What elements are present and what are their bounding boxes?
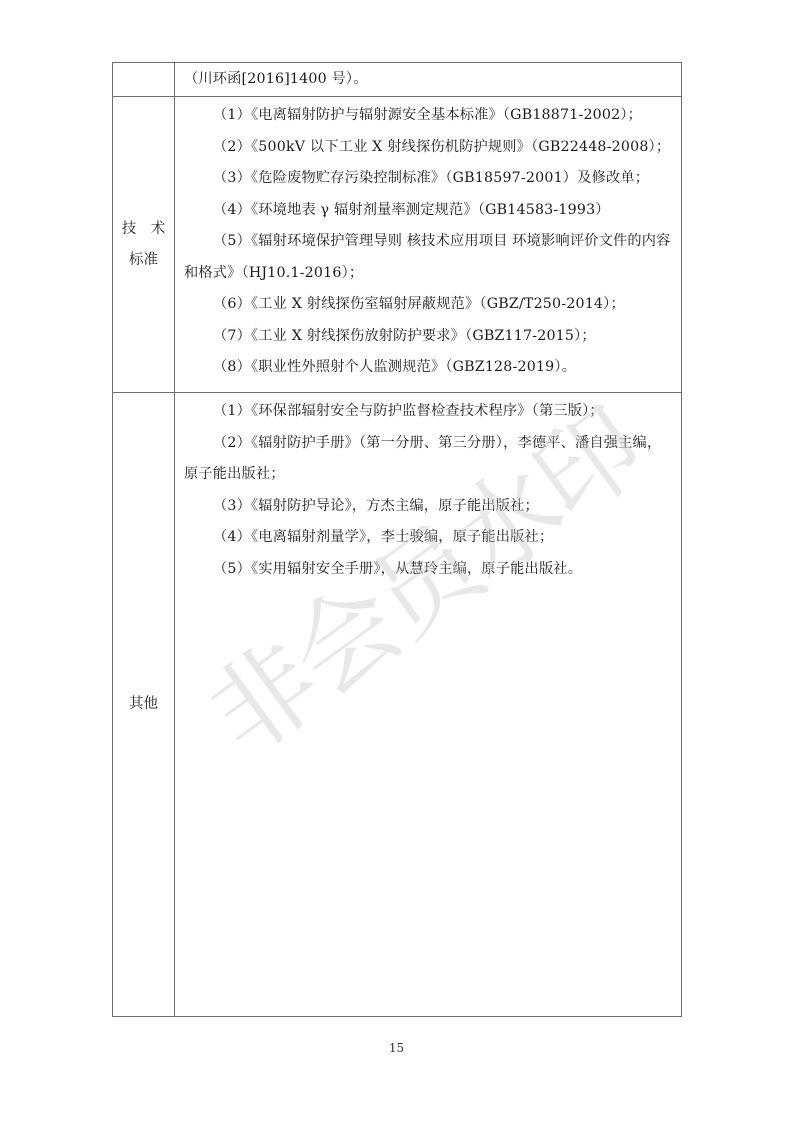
standard-item-1: （1）《电离辐射防护与辐射源安全基本标准》（GB18871-2002）； — [184, 100, 675, 132]
row-content: （1）《电离辐射防护与辐射源安全基本标准》（GB18871-2002）； （2）… — [175, 97, 682, 393]
reference-item-2: （2）《辐射防护手册》（第一分册、第三分册），李德平、潘自强主编，原子能出版社； — [184, 428, 675, 491]
reference-item-4: （4）《电离辐射剂量学》，李士骏编，原子能出版社； — [184, 522, 675, 554]
standard-item-8: （8）《职业性外照射个人监测规范》（GBZ128-2019）。 — [184, 352, 675, 384]
reference-item-5: （5）《实用辐射安全手册》，从慧玲主编，原子能出版社。 — [184, 554, 675, 586]
standard-item-4: （4）《环境地表 γ 辐射剂量率测定规范》（GB14583-1993） — [184, 195, 675, 227]
standard-item-7: （7）《工业 X 射线探伤放射防护要求》（GBZ117-2015）； — [184, 321, 675, 353]
page-number: 15 — [0, 1041, 793, 1055]
label-line: 标准 — [113, 245, 174, 276]
row-label-other: 其他 — [113, 393, 175, 1017]
document-page: （川环函[2016]1400 号）。 技 术 标准 （1）《电离辐射防护与辐射源… — [0, 0, 793, 1122]
row-content: （1）《环保部辐射安全与防护监督检查技术程序》（第三版）； （2）《辐射防护手册… — [175, 393, 682, 1017]
row-label-empty — [113, 63, 175, 97]
table-row-other: 其他 （1）《环保部辐射安全与防护监督检查技术程序》（第三版）； （2）《辐射防… — [113, 393, 682, 1017]
reference-item-1: （1）《环保部辐射安全与防护监督检查技术程序》（第三版）； — [184, 396, 675, 428]
standard-item-3: （3）《危险废物贮存污染控制标准》（GB18597-2001）及修改单； — [184, 163, 675, 195]
paragraph: （川环函[2016]1400 号）。 — [184, 64, 675, 96]
reference-item-3: （3）《辐射防护导论》，方杰主编，原子能出版社； — [184, 491, 675, 523]
references-table: （川环函[2016]1400 号）。 技 术 标准 （1）《电离辐射防护与辐射源… — [112, 62, 682, 1017]
table-row-technical-standards: 技 术 标准 （1）《电离辐射防护与辐射源安全基本标准》（GB18871-200… — [113, 97, 682, 393]
row-label-technical-standards: 技 术 标准 — [113, 97, 175, 393]
table-row-continuation: （川环函[2016]1400 号）。 — [113, 63, 682, 97]
label-line: 技 术 — [113, 214, 174, 245]
row-content: （川环函[2016]1400 号）。 — [175, 63, 682, 97]
standard-item-6: （6）《工业 X 射线探伤室辐射屏蔽规范》（GBZ/T250-2014）； — [184, 289, 675, 321]
standard-item-2: （2）《500kV 以下工业 X 射线探伤机防护规则》（GB22448-2008… — [184, 132, 675, 164]
standard-item-5: （5）《辐射环境保护管理导则 核技术应用项目 环境影响评价文件的内容和格式》（H… — [184, 226, 675, 289]
